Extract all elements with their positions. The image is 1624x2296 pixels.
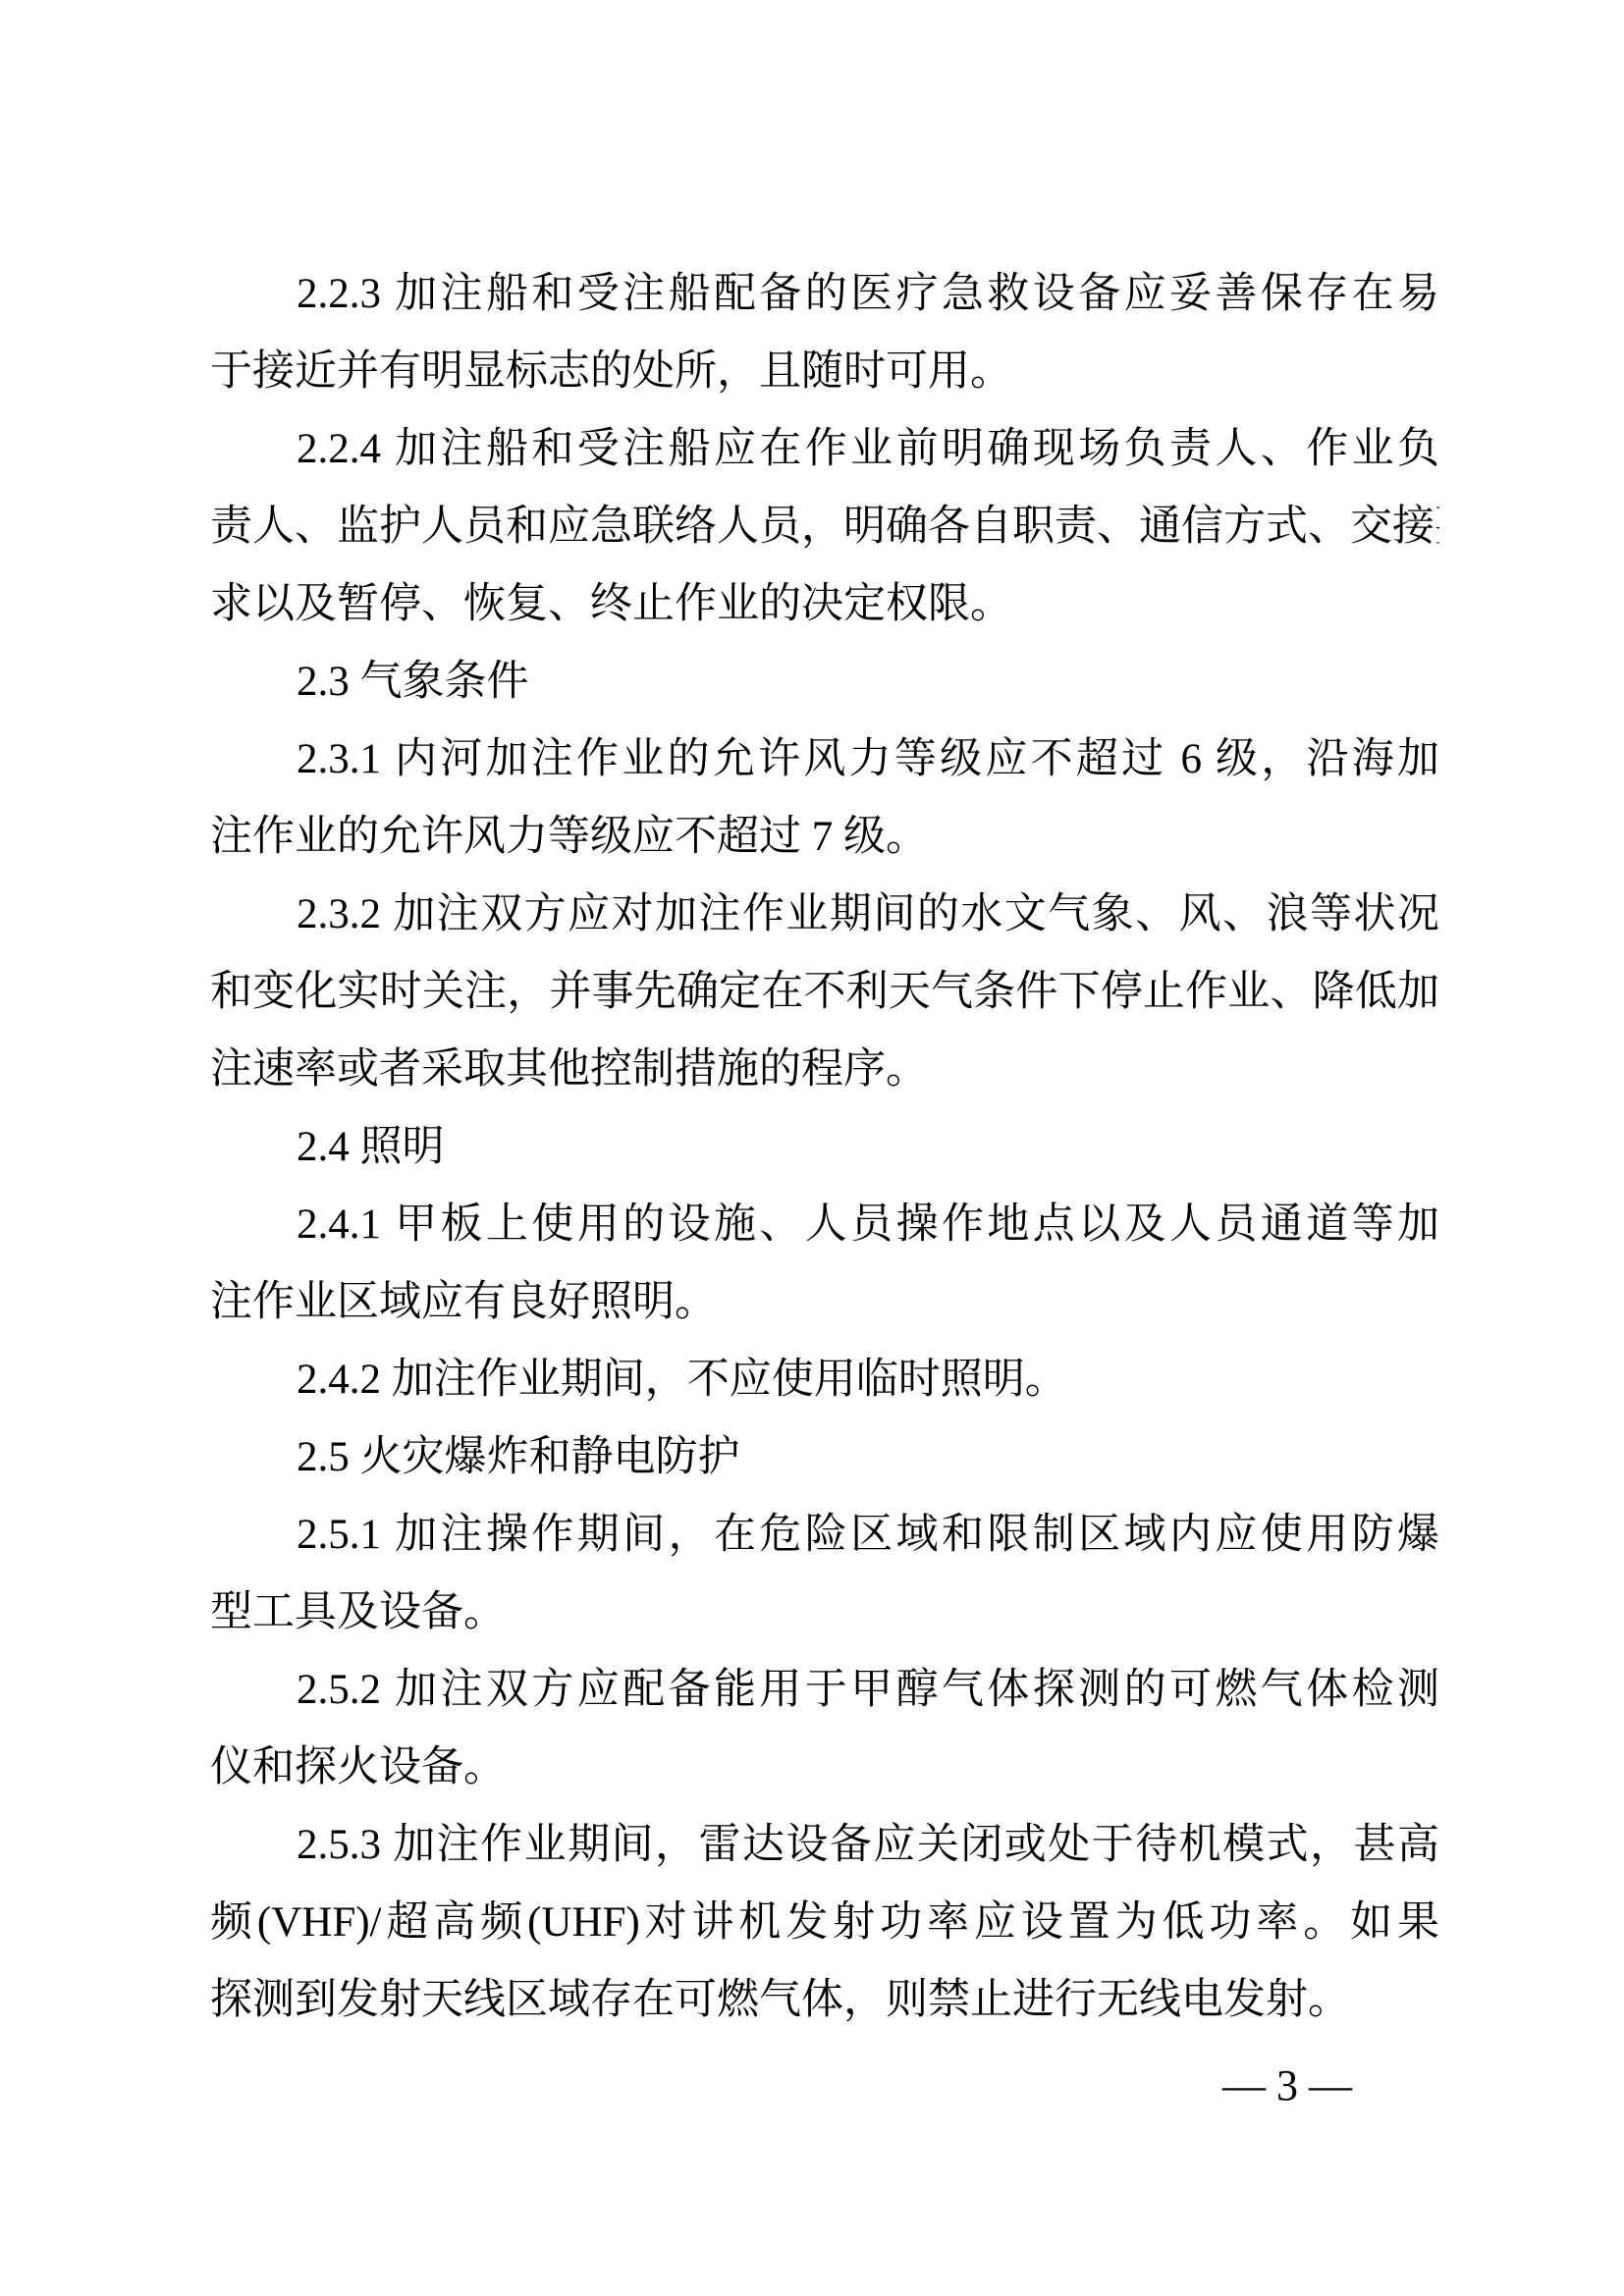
paragraph-2-2-3: 2.2.3 加注船和受注船配备的医疗急救设备应妥善保存在易 于接近并有明显标志的… (210, 255, 1439, 410)
text-line: 探测到发射天线区域存在可燃气体，则禁止进行无线电发射。 (210, 1961, 1439, 2039)
page-number: — 3 — (1124, 2058, 1450, 2113)
text-line: 注作业的允许风力等级应不超过 7 级。 (210, 798, 1439, 876)
paragraph-2-5-heading: 2.5 火灾爆炸和静电防护 (210, 1418, 1439, 1496)
text-line: 责人、监护人员和应急联络人员，明确各自职责、通信方式、交接要 (210, 488, 1439, 565)
section-heading: 2.3 气象条件 (210, 643, 1439, 721)
text-line: 频(VHF)/超高频(UHF)对讲机发射功率应设置为低功率。如果 (210, 1884, 1439, 1961)
text-line: 于接近并有明显标志的处所，且随时可用。 (210, 333, 1439, 410)
paragraph-2-2-4: 2.2.4 加注船和受注船应在作业前明确现场负责人、作业负 责人、监护人员和应急… (210, 410, 1439, 643)
paragraph-2-5-3: 2.5.3 加注作业期间，雷达设备应关闭或处于待机模式，甚高 频(VHF)/超高… (210, 1806, 1439, 2039)
text-line: 2.5.3 加注作业期间，雷达设备应关闭或处于待机模式，甚高 (210, 1806, 1439, 1884)
paragraph-2-3-1: 2.3.1 内河加注作业的允许风力等级应不超过 6 级，沿海加 注作业的允许风力… (210, 721, 1439, 876)
paragraph-2-3-heading: 2.3 气象条件 (210, 643, 1439, 721)
text-line: 2.4.2 加注作业期间，不应使用临时照明。 (210, 1341, 1439, 1418)
text-line: 和变化实时关注，并事先确定在不利天气条件下停止作业、降低加 (210, 953, 1439, 1031)
text-line: 2.5.1 加注操作期间，在危险区域和限制区域内应使用防爆 (210, 1496, 1439, 1574)
paragraph-2-5-1: 2.5.1 加注操作期间，在危险区域和限制区域内应使用防爆 型工具及设备。 (210, 1496, 1439, 1651)
text-line: 2.2.4 加注船和受注船应在作业前明确现场负责人、作业负 (210, 410, 1439, 488)
paragraph-2-3-2: 2.3.2 加注双方应对加注作业期间的水文气象、风、浪等状况 和变化实时关注，并… (210, 876, 1439, 1108)
text-line: 仪和探火设备。 (210, 1729, 1439, 1806)
text-line: 2.5.2 加注双方应配备能用于甲醇气体探测的可燃气体检测 (210, 1651, 1439, 1729)
text-line: 2.3.2 加注双方应对加注作业期间的水文气象、风、浪等状况 (210, 876, 1439, 953)
text-line: 2.4.1 甲板上使用的设施、人员操作地点以及人员通道等加 (210, 1186, 1439, 1263)
text-line: 型工具及设备。 (210, 1574, 1439, 1651)
section-heading: 2.5 火灾爆炸和静电防护 (210, 1418, 1439, 1496)
paragraph-2-5-2: 2.5.2 加注双方应配备能用于甲醇气体探测的可燃气体检测 仪和探火设备。 (210, 1651, 1439, 1806)
text-line: 注作业区域应有良好照明。 (210, 1263, 1439, 1341)
section-heading: 2.4 照明 (210, 1108, 1439, 1186)
paragraph-2-4-1: 2.4.1 甲板上使用的设施、人员操作地点以及人员通道等加 注作业区域应有良好照… (210, 1186, 1439, 1341)
document-text: 2.2.3 加注船和受注船配备的医疗急救设备应妥善保存在易 于接近并有明显标志的… (210, 255, 1439, 2039)
paragraph-2-4-heading: 2.4 照明 (210, 1108, 1439, 1186)
paragraph-2-4-2: 2.4.2 加注作业期间，不应使用临时照明。 (210, 1341, 1439, 1418)
text-line: 2.2.3 加注船和受注船配备的医疗急救设备应妥善保存在易 (210, 255, 1439, 333)
text-line: 2.3.1 内河加注作业的允许风力等级应不超过 6 级，沿海加 (210, 721, 1439, 798)
document-page: 2.2.3 加注船和受注船配备的医疗急救设备应妥善保存在易 于接近并有明显标志的… (0, 0, 1624, 2296)
text-line: 注速率或者采取其他控制措施的程序。 (210, 1031, 1439, 1108)
text-line: 求以及暂停、恢复、终止作业的决定权限。 (210, 565, 1439, 643)
